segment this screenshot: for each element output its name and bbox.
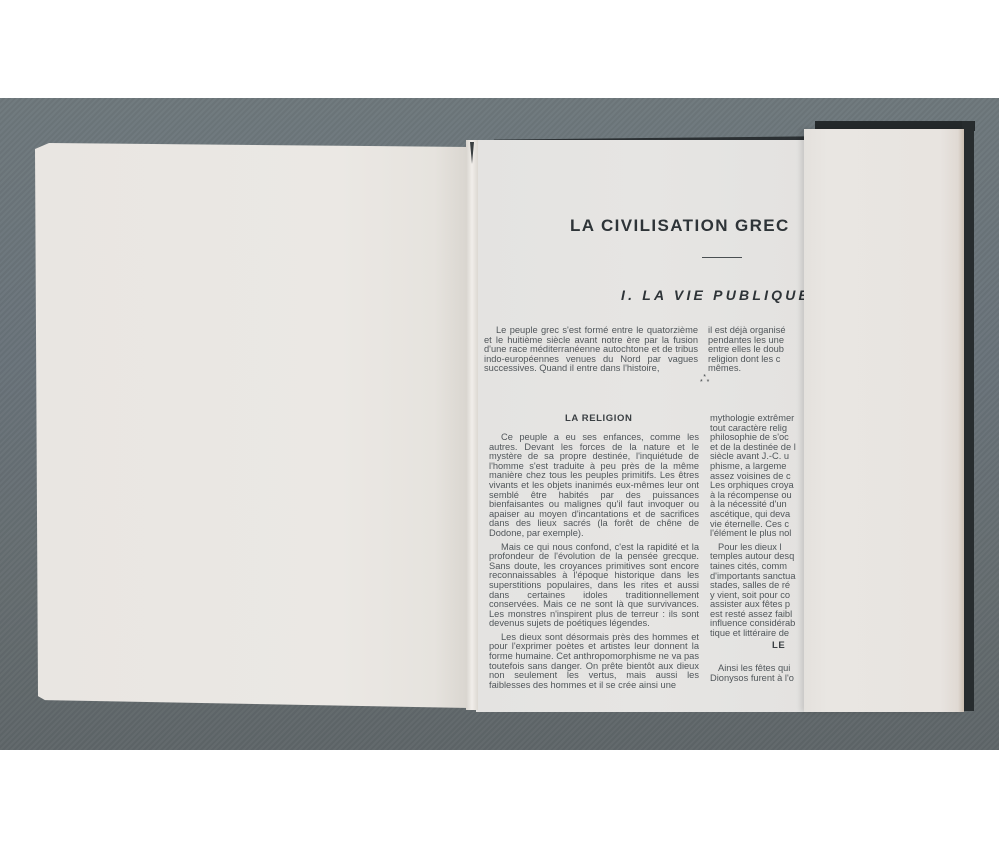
- paragraph: Ce peuple a eu ses enfances, comme les a…: [489, 433, 699, 539]
- paragraph: mythologie extrêmer tout caractère relig…: [710, 414, 806, 539]
- asterism-ornament: ** *: [700, 375, 709, 385]
- intro-paragraph-left: Le peuple grec s'est formé entre le quat…: [484, 326, 698, 374]
- chapter-heading: I. LA VIE PUBLIQUE: [621, 287, 806, 303]
- religion-column-left: Ce peuple a eu ses enfances, comme les a…: [489, 433, 699, 694]
- religion-column-right: mythologie extrêmer tout caractère relig…: [710, 414, 806, 643]
- page-title: LA CIVILISATION GREC: [570, 216, 790, 236]
- next-section-text: Ainsi les fêtes qui Dionysos furent à l'…: [710, 664, 806, 683]
- section-heading-religion: LA RELIGION: [565, 413, 632, 424]
- cover-flap: [804, 129, 964, 712]
- blank-left-page: [35, 143, 469, 708]
- intro-paragraph-right: il est déjà organisé pendantes les une e…: [708, 326, 806, 374]
- paragraph: Pour les dieux l temples autour desq tai…: [710, 543, 806, 639]
- right-page-text: LA CIVILISATION GREC I. LA VIE PUBLIQUE …: [476, 140, 806, 712]
- paragraph: Mais ce qui nous confond, c'est la rapid…: [489, 543, 699, 629]
- title-rule: [702, 257, 742, 258]
- section-heading-next: LE: [772, 640, 785, 651]
- paragraph: Les dieux sont désormais près des hommes…: [489, 633, 699, 691]
